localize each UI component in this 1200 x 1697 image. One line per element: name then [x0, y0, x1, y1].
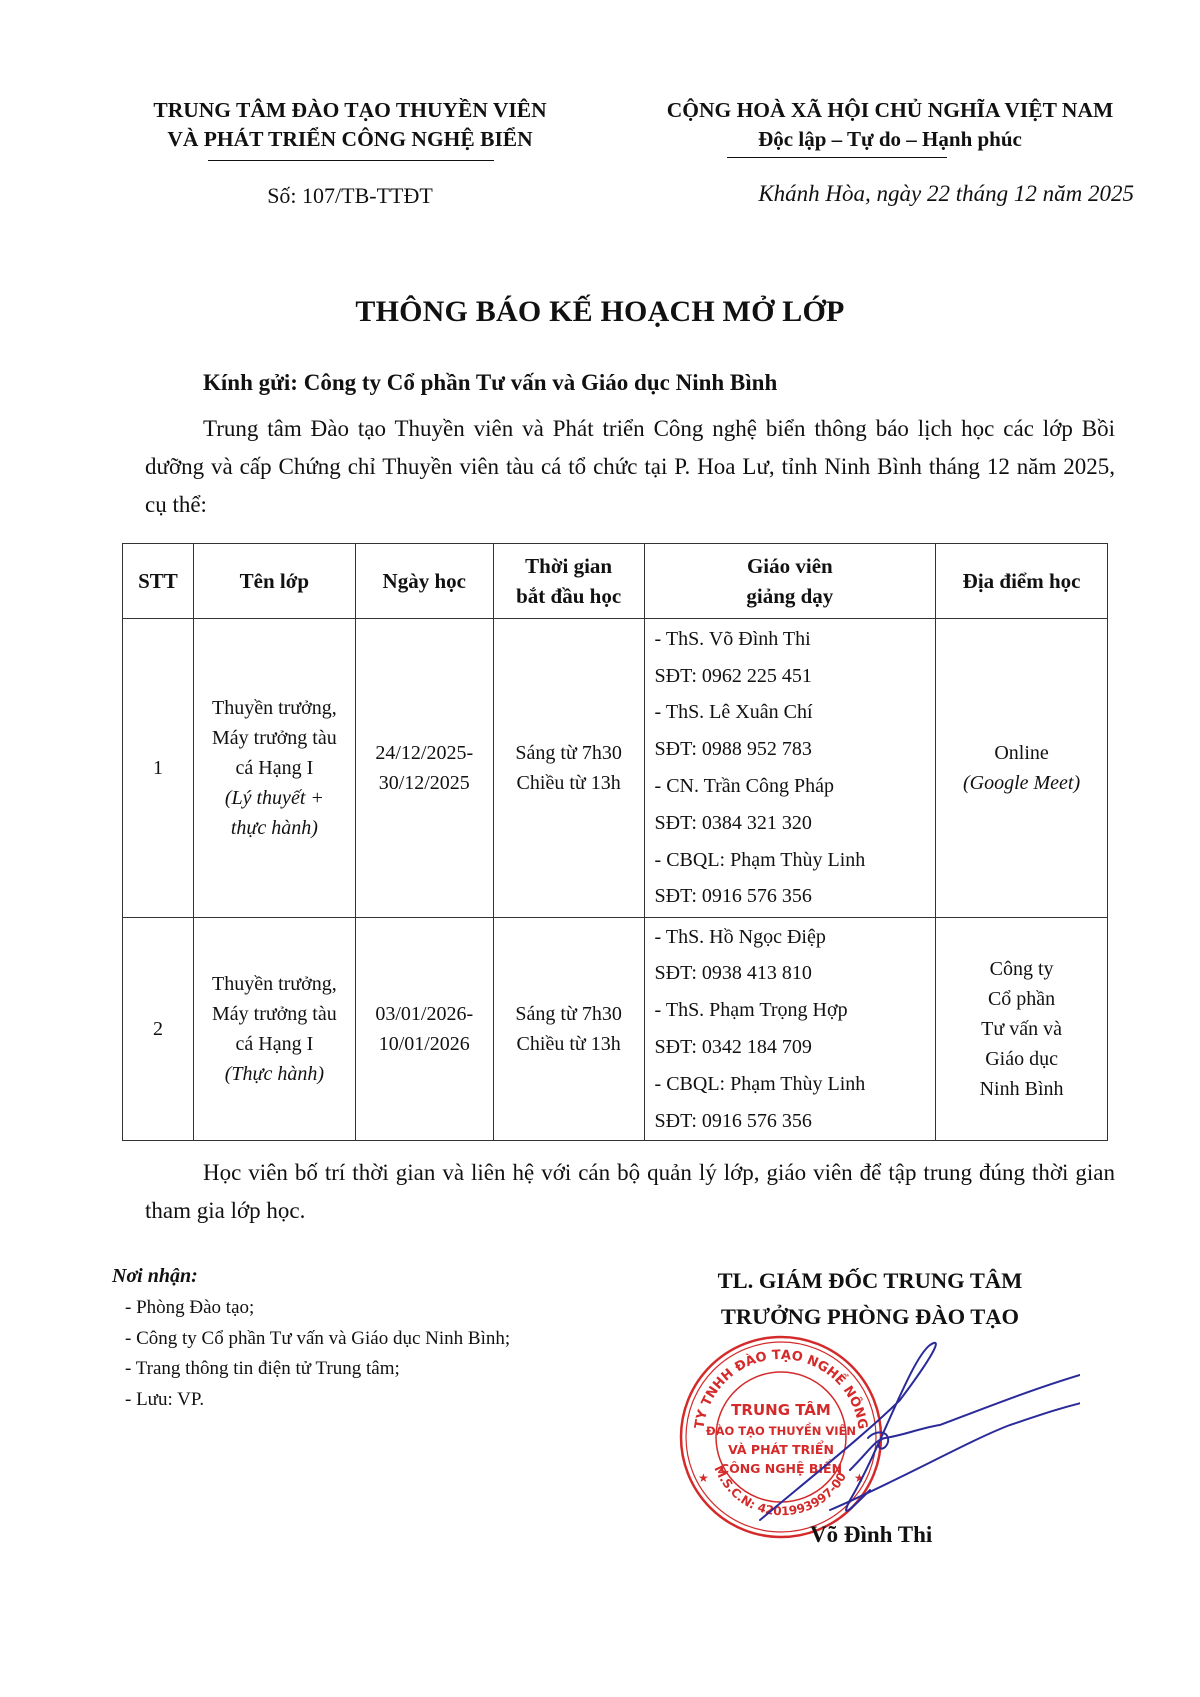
cell-stt: 2 — [123, 918, 194, 1141]
location-line: Giáo dục — [940, 1044, 1103, 1074]
cell-class-name: Thuyền trưởng, Máy trưởng tàu cá Hạng I … — [193, 619, 355, 918]
header-text: Giáo viên — [649, 551, 932, 581]
place-and-date: Khánh Hòa, ngày 22 tháng 12 năm 2025 — [600, 181, 1180, 207]
location-line: Cổ phần — [940, 984, 1103, 1014]
class-note: thực hành) — [198, 813, 351, 843]
teacher-name: - ThS. Lê Xuân Chí — [655, 694, 932, 731]
recipients-title: Nơi nhận: — [112, 1265, 198, 1288]
table-header-row: STT Tên lớp Ngày học Thời gian bắt đầu h… — [123, 544, 1108, 619]
class-note: (Lý thuyết + — [198, 783, 351, 813]
teacher-phone: SĐT: 0384 321 320 — [655, 805, 932, 842]
handwritten-signature-icon — [700, 1330, 1080, 1540]
manager-phone: SĐT: 0916 576 356 — [655, 878, 932, 915]
cell-location: Công ty Cổ phần Tư vấn và Giáo dục Ninh … — [936, 918, 1108, 1141]
table-row: 1 Thuyền trưởng, Máy trưởng tàu cá Hạng … — [123, 619, 1108, 918]
manager-phone: SĐT: 0916 576 356 — [655, 1103, 932, 1140]
recipient-item: - Phòng Đào tạo; — [125, 1293, 510, 1324]
class-schedule-table: STT Tên lớp Ngày học Thời gian bắt đầu h… — [122, 543, 1108, 1141]
recipient-item: - Trang thông tin điện tử Trung tâm; — [125, 1354, 510, 1385]
recipient-item: - Lưu: VP. — [125, 1385, 510, 1416]
col-header-location: Địa điểm học — [936, 544, 1108, 619]
date-from: 03/01/2026- — [360, 999, 489, 1029]
class-line: Máy trưởng tàu — [198, 999, 351, 1029]
teacher-phone: SĐT: 0962 225 451 — [655, 658, 932, 695]
teacher-phone: SĐT: 0938 413 810 — [655, 955, 932, 992]
class-line: Máy trưởng tàu — [198, 723, 351, 753]
manager-name: - CBQL: Phạm Thùy Linh — [655, 842, 932, 879]
teacher-name: - ThS. Hồ Ngọc Điệp — [655, 919, 932, 956]
class-line: Thuyền trưởng, — [198, 969, 351, 999]
class-line: cá Hạng I — [198, 753, 351, 783]
header-text: bắt đầu học — [498, 581, 640, 611]
col-header-class-name: Tên lớp — [193, 544, 355, 619]
teacher-phone: SĐT: 0988 952 783 — [655, 731, 932, 768]
teacher-name: - CN. Trần Công Pháp — [655, 768, 932, 805]
col-header-teachers: Giáo viên giảng dạy — [644, 544, 936, 619]
country-name: CỘNG HOÀ XÃ HỘI CHỦ NGHĨA VIỆT NAM — [600, 96, 1180, 125]
header-text: Thời gian — [498, 551, 640, 581]
signatory-title-line-1: TL. GIÁM ĐỐC TRUNG TÂM — [660, 1263, 1080, 1299]
col-header-start-time: Thời gian bắt đầu học — [493, 544, 644, 619]
recipients-list: - Phòng Đào tạo; - Công ty Cổ phần Tư vấ… — [125, 1293, 510, 1415]
intro-text: Trung tâm Đào tạo Thuyền viên và Phát tr… — [145, 416, 1115, 517]
closing-paragraph: Học viên bố trí thời gian và liên hệ với… — [145, 1154, 1115, 1230]
cell-teachers: - ThS. Hồ Ngọc Điệp SĐT: 0938 413 810 - … — [644, 918, 936, 1141]
cell-teachers: - ThS. Võ Đình Thi SĐT: 0962 225 451 - T… — [644, 619, 936, 918]
location-note: (Google Meet) — [940, 768, 1103, 798]
location-line: Ninh Bình — [940, 1074, 1103, 1104]
signatory-title: TL. GIÁM ĐỐC TRUNG TÂM TRƯỞNG PHÒNG ĐÀO … — [660, 1263, 1080, 1335]
date-from: 24/12/2025- — [360, 738, 489, 768]
org-line-1: TRUNG TÂM ĐÀO TẠO THUYỀN VIÊN — [100, 96, 600, 125]
cell-dates: 03/01/2026- 10/01/2026 — [355, 918, 493, 1141]
teacher-name: - ThS. Võ Đình Thi — [655, 621, 932, 658]
table-row: 2 Thuyền trưởng, Máy trưởng tàu cá Hạng … — [123, 918, 1108, 1141]
header-text: giảng dạy — [649, 581, 932, 611]
cell-start-time: Sáng từ 7h30 Chiều từ 13h — [493, 918, 644, 1141]
motto-underline — [727, 157, 947, 158]
cell-location: Online (Google Meet) — [936, 619, 1108, 918]
addressee: Kính gửi: Công ty Cổ phần Tư vấn và Giáo… — [203, 370, 777, 396]
class-note: (Thực hành) — [198, 1059, 351, 1089]
org-line-2: VÀ PHÁT TRIỂN CÔNG NGHỆ BIỂN — [100, 125, 600, 154]
intro-paragraph: Trung tâm Đào tạo Thuyền viên và Phát tr… — [145, 410, 1115, 524]
date-to: 10/01/2026 — [360, 1029, 489, 1059]
org-underline — [208, 160, 494, 161]
col-header-stt: STT — [123, 544, 194, 619]
location-line: Online — [940, 738, 1103, 768]
national-heading: CỘNG HOÀ XÃ HỘI CHỦ NGHĨA VIỆT NAM Độc l… — [600, 96, 1180, 154]
document-title: THÔNG BÁO KẾ HOẠCH MỞ LỚP — [0, 295, 1200, 329]
teacher-phone: SĐT: 0342 184 709 — [655, 1029, 932, 1066]
cell-class-name: Thuyền trưởng, Máy trưởng tàu cá Hạng I … — [193, 918, 355, 1141]
manager-name: - CBQL: Phạm Thùy Linh — [655, 1066, 932, 1103]
national-motto: Độc lập – Tự do – Hạnh phúc — [600, 125, 1180, 154]
afternoon-time: Chiều từ 13h — [498, 768, 640, 798]
recipient-item: - Công ty Cổ phần Tư vấn và Giáo dục Nin… — [125, 1324, 510, 1355]
signatory-name: Võ Đình Thi — [810, 1522, 932, 1548]
class-line: Thuyền trưởng, — [198, 693, 351, 723]
teacher-name: - ThS. Phạm Trọng Hợp — [655, 992, 932, 1029]
morning-time: Sáng từ 7h30 — [498, 999, 640, 1029]
cell-stt: 1 — [123, 619, 194, 918]
class-line: cá Hạng I — [198, 1029, 351, 1059]
location-line: Tư vấn và — [940, 1014, 1103, 1044]
issuing-organization: TRUNG TÂM ĐÀO TẠO THUYỀN VIÊN VÀ PHÁT TR… — [100, 96, 600, 154]
col-header-dates: Ngày học — [355, 544, 493, 619]
afternoon-time: Chiều từ 13h — [498, 1029, 640, 1059]
document-number: Số: 107/TB-TTĐT — [100, 183, 600, 209]
cell-start-time: Sáng từ 7h30 Chiều từ 13h — [493, 619, 644, 918]
closing-text: Học viên bố trí thời gian và liên hệ với… — [145, 1160, 1115, 1223]
date-to: 30/12/2025 — [360, 768, 489, 798]
location-line: Công ty — [940, 954, 1103, 984]
cell-dates: 24/12/2025- 30/12/2025 — [355, 619, 493, 918]
morning-time: Sáng từ 7h30 — [498, 738, 640, 768]
